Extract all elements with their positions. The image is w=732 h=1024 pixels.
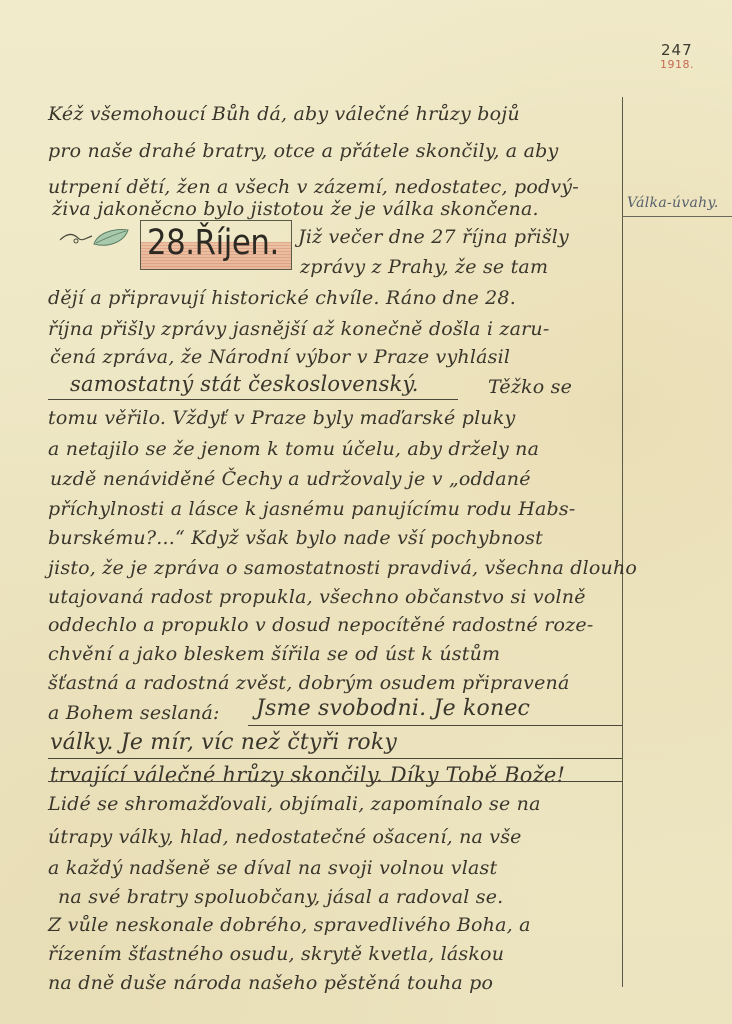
text-line: utrpení dětí, žen a všech v zázemí, nedo… (48, 176, 579, 198)
text-line: dějí a připravují historické chvíle. Rán… (48, 287, 516, 309)
text-line: zprávy z Prahy, že se tam (300, 256, 548, 278)
manuscript-page: 247 1918. Válka-úvahy. 28.Říjen. Kéž vše… (0, 0, 732, 1024)
underlined-proclamation: samostatný stát československý. (70, 372, 419, 396)
text-line: oddechlo a propuklo v dosud nepocítěné r… (48, 614, 593, 636)
text-line: uzdě nenáviděné Čechy a udržovaly je v „… (50, 468, 531, 490)
underlined-declaration: války. Je mír, víc než čtyři roky (50, 730, 397, 755)
text-line: řízením šťastného osudu, skrytě kvetla, … (48, 943, 504, 965)
date-heading: 28.Říjen. (147, 223, 279, 263)
text-line: útrapy války, hlad, nedostatečné ošacení… (48, 826, 522, 848)
text-line: šťastná a radostná zvěst, dobrým osudem … (48, 672, 570, 694)
text-line: Již večer dne 27 října přišly (298, 226, 569, 248)
underlined-declaration: trvající válečné hrůzy skončily. Díky To… (50, 763, 565, 787)
text-line: burskému?...“ Když však bylo nade vší po… (48, 527, 543, 549)
text-line: a každý nadšeně se díval na svoji volnou… (48, 857, 497, 879)
text-line: Z vůle neskonale dobrého, spravedlivého … (48, 914, 531, 936)
underline (48, 758, 622, 759)
margin-note-underline (622, 216, 732, 217)
text-line: živa jakoněcno bylo jistotou že je válka… (52, 198, 539, 220)
text-line: pro naše drahé bratry, otce a přátele sk… (48, 140, 558, 162)
date-heading-box: 28.Říjen. (140, 220, 292, 270)
text-line: jisto, že je zpráva o samostatnosti prav… (48, 557, 637, 579)
text-line: Těžko se (488, 376, 572, 398)
text-line: října přišly zprávy jasnější až konečně … (48, 318, 549, 340)
text-line: na své bratry spoluobčany, jásal a radov… (58, 886, 503, 908)
text-line: a Bohem seslaná: (48, 702, 220, 724)
page-number: 247 (661, 41, 693, 59)
page-year: 1918. (660, 58, 694, 71)
underlined-declaration: Jsme svobodni. Je konec (256, 696, 530, 721)
text-line: příchylnosti a lásce k jasnému panujícím… (48, 498, 575, 520)
underline (248, 725, 622, 726)
text-line: na dně duše národa našeho pěstěná touha … (48, 972, 493, 994)
underline (48, 399, 458, 400)
margin-note: Válka-úvahy. (627, 195, 719, 211)
text-line: chvění a jako bleskem šířila se od úst k… (48, 643, 500, 665)
margin-rule (622, 97, 623, 987)
text-line: Kéž všemohoucí Bůh dá, aby válečné hrůzy… (48, 103, 520, 125)
underline (48, 781, 622, 782)
text-line: utajovaná radost propukla, všechno občan… (48, 586, 586, 608)
text-line: tomu věřilo. Vždyť v Praze byly maďarské… (48, 407, 515, 429)
text-line: Lidé se shromažďovali, objímali, zapomín… (48, 793, 541, 815)
text-line: čená zpráva, že Národní výbor v Praze vy… (50, 346, 510, 368)
text-line: a netajilo se že jenom k tomu účelu, aby… (48, 438, 539, 460)
leaf-ornament-icon (56, 222, 136, 252)
